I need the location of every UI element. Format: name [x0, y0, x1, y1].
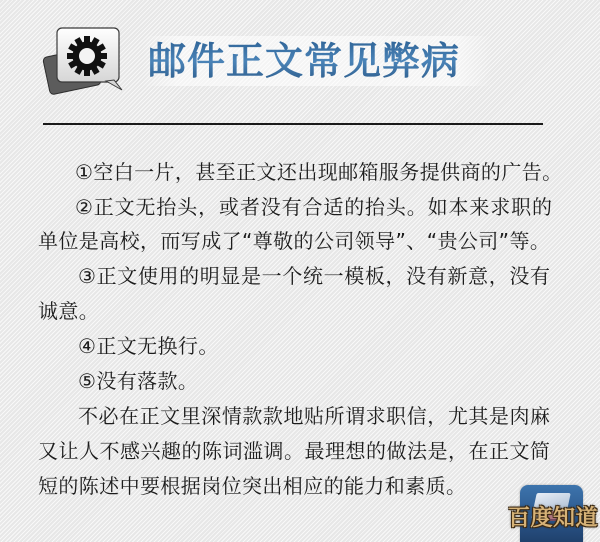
advice-paragraph-line-2: 又让人不感兴趣的陈词滥调。最理想的做法是，在正文简 [38, 439, 550, 463]
list-item-2-line-2: 单位是高校，而写成了“尊敬的公司领导”、“贵公司”等。 [38, 229, 550, 253]
gear-speech-bubble-icon [42, 22, 126, 102]
watermark-text: 百度知道 [508, 505, 598, 533]
list-item-3-line-1: ③正文使用的明显是一个统一模板，没有新意，没有 [78, 264, 550, 288]
list-item-2-line-1: ②正文无抬头，或者没有合适的抬头。如本来求职的 [75, 195, 552, 219]
list-item-3-line-2: 诚意。 [38, 299, 99, 323]
list-item-4-line: ④正文无换行。 [78, 334, 219, 358]
list-item-5-line: ⑤没有落款。 [78, 369, 198, 393]
advice-paragraph-line-3: 短的陈述中要根据岗位突出相应的能力和素质。 [38, 474, 466, 498]
advice-paragraph-line-1: 不必在正文里深情款款地贴所谓求职信，尤其是肉麻 [78, 404, 550, 428]
list-item-1-line: ①空白一片，甚至正文还出现邮箱服务提供商的广告。 [75, 160, 563, 184]
title-divider [43, 123, 543, 125]
page-title: 邮件正文常见弊病 [148, 37, 460, 85]
